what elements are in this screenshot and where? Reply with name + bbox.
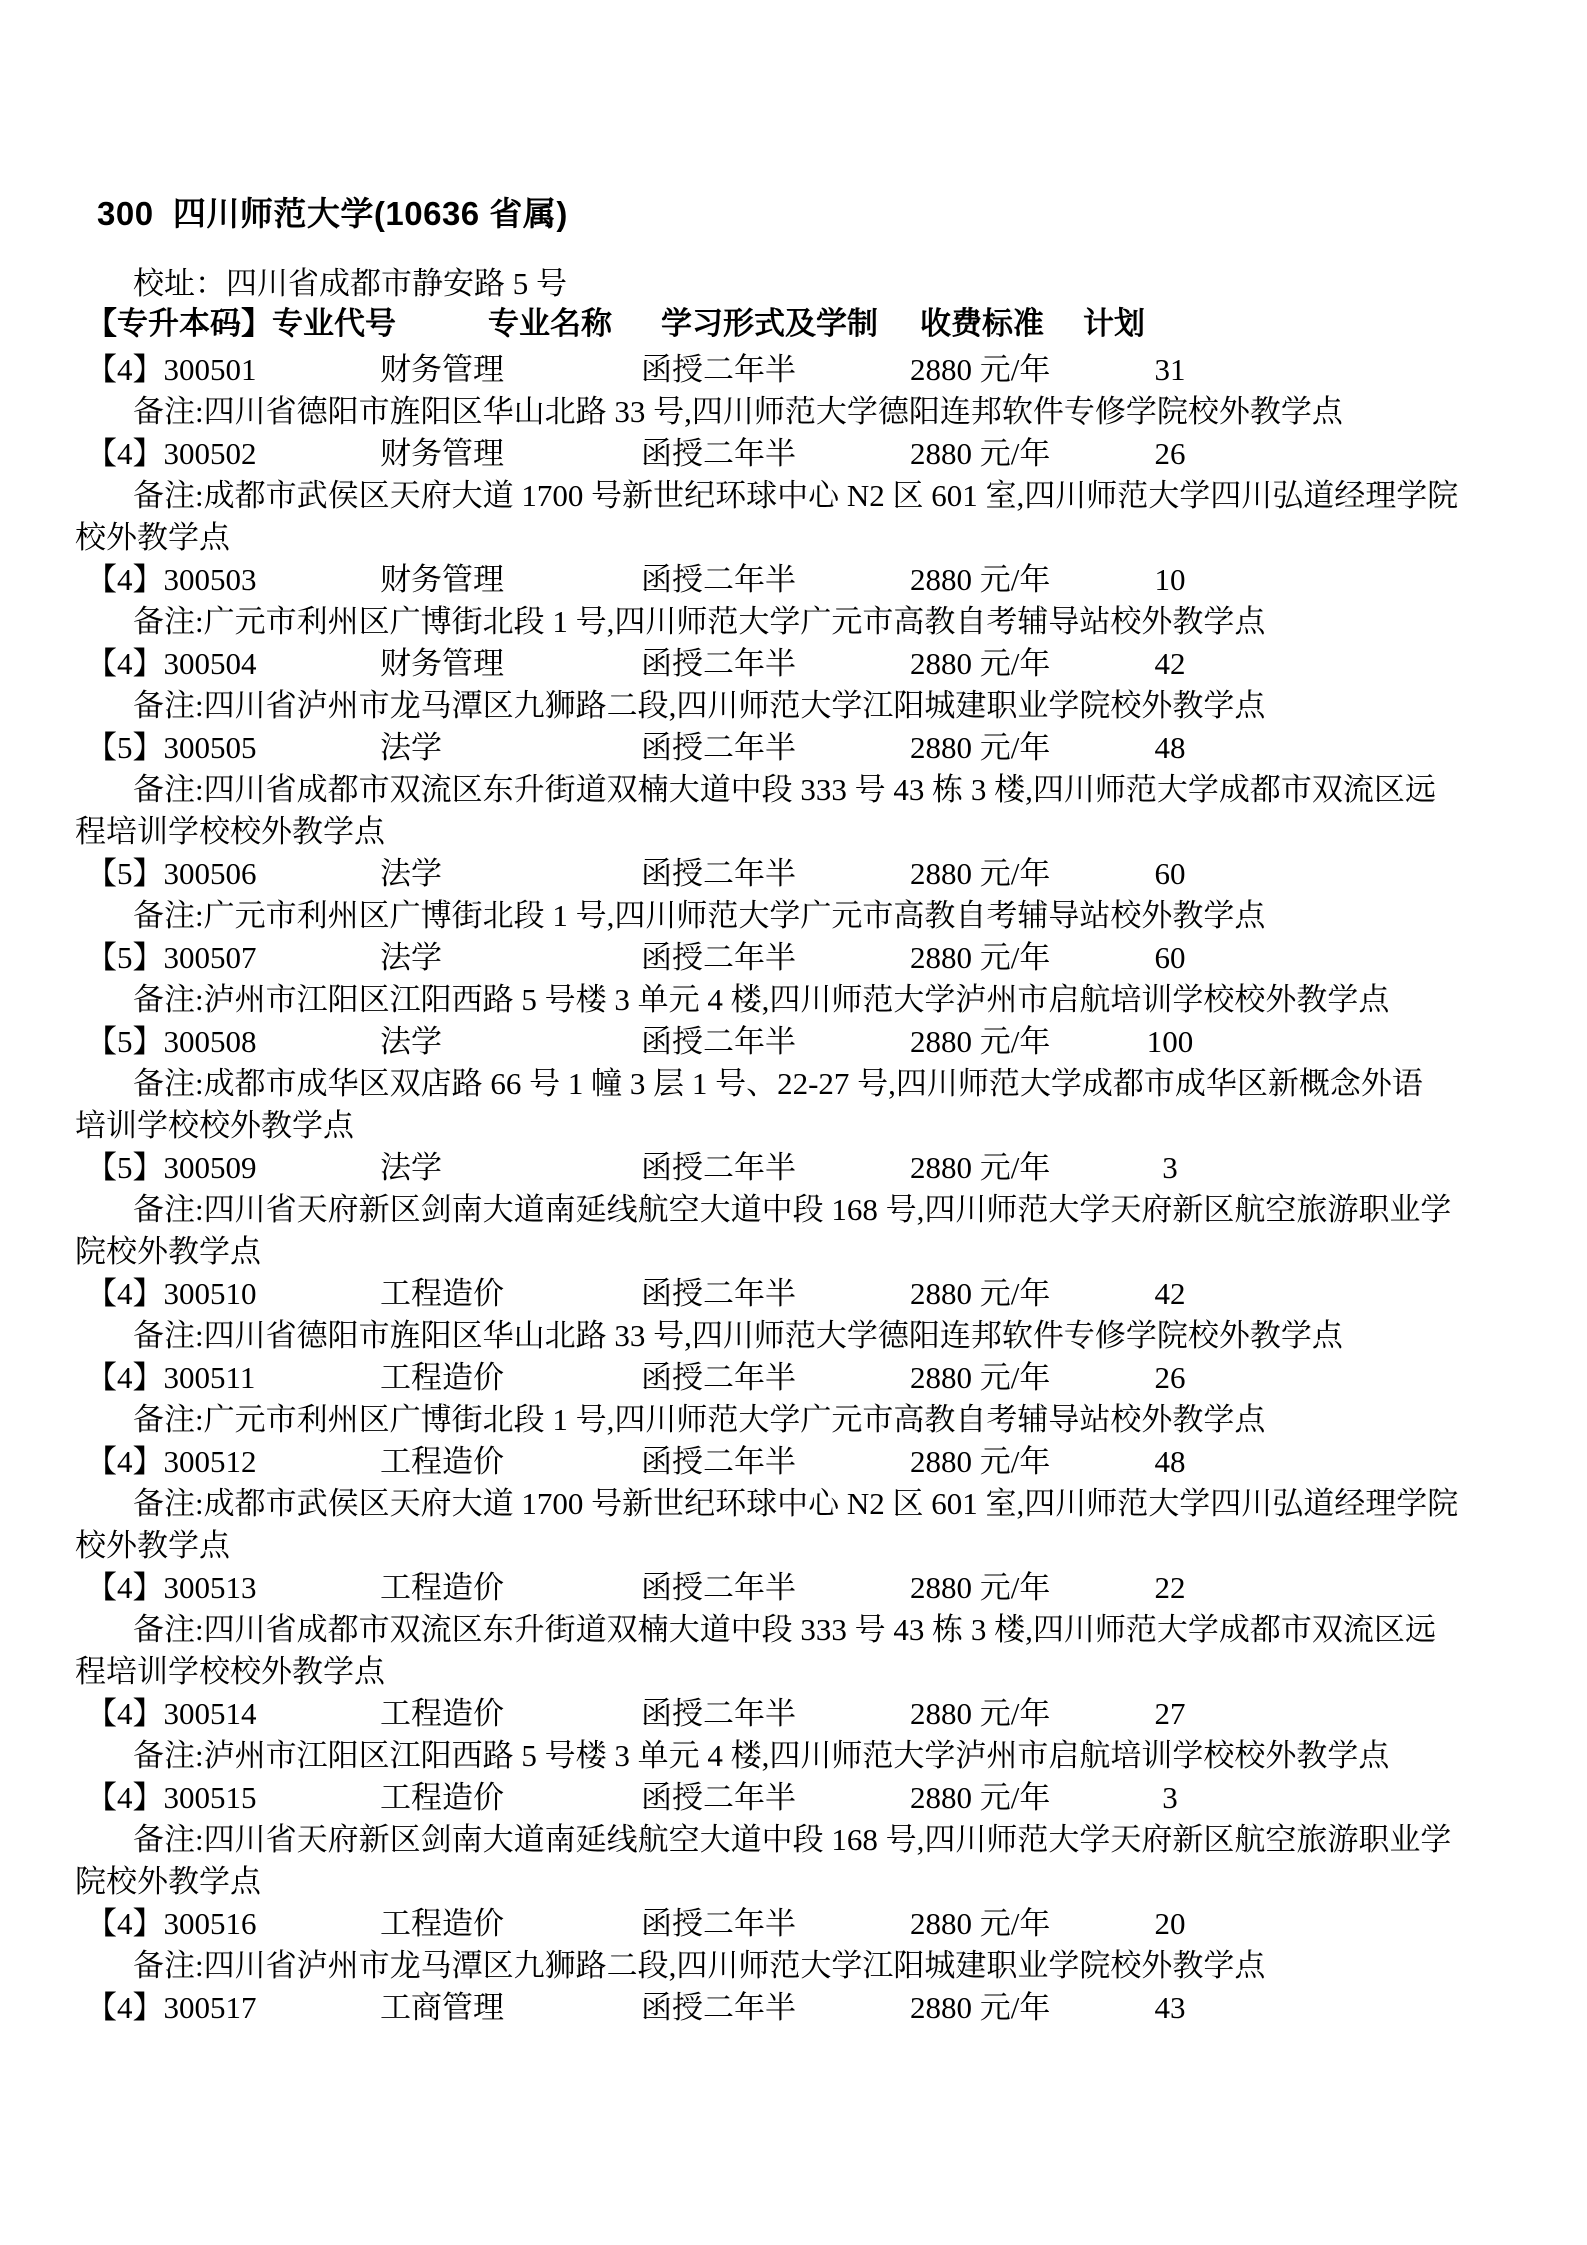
program-row: 【4】300510 工程造价 函授二年半 2880 元/年 42 xyxy=(0,1273,1587,1315)
program-study-form: 函授二年半 xyxy=(641,1441,796,1483)
program-study-form: 函授二年半 xyxy=(641,1273,796,1315)
program-code: 【4】300502 xyxy=(86,433,257,475)
program-code: 【4】300503 xyxy=(86,559,257,601)
program-remark: 备注:四川省德阳市旌阳区华山北路 33 号,四川师范大学德阳连邦软件专修学院校外… xyxy=(0,391,1587,433)
program-plan-count: 42 xyxy=(1125,643,1215,685)
program-list: 【4】300501 财务管理 函授二年半 2880 元/年 31 备注:四川省德… xyxy=(0,349,1587,2029)
program-major: 财务管理 xyxy=(380,433,504,475)
program-remark: 备注:四川省天府新区剑南大道南延线航空大道中段 168 号,四川师范大学天府新区… xyxy=(0,1819,1587,1903)
program-code: 【4】300515 xyxy=(86,1777,257,1819)
program-remark: 备注:四川省成都市双流区东升街道双楠大道中段 333 号 43 栋 3 楼,四川… xyxy=(0,1609,1587,1693)
program-entry: 【5】300505 法学 函授二年半 2880 元/年 48 备注:四川省成都市… xyxy=(0,727,1587,853)
program-study-form: 函授二年半 xyxy=(641,1903,796,1945)
program-study-form: 函授二年半 xyxy=(641,1357,796,1399)
program-study-form: 函授二年半 xyxy=(641,727,796,769)
program-code: 【5】300507 xyxy=(86,937,257,979)
program-study-form: 函授二年半 xyxy=(641,1693,796,1735)
program-entry: 【4】300504 财务管理 函授二年半 2880 元/年 42 备注:四川省泸… xyxy=(0,643,1587,727)
program-plan-count: 43 xyxy=(1125,1987,1215,2029)
program-plan-count: 48 xyxy=(1125,1441,1215,1483)
program-entry: 【4】300510 工程造价 函授二年半 2880 元/年 42 备注:四川省德… xyxy=(0,1273,1587,1357)
program-code: 【5】300506 xyxy=(86,853,257,895)
program-major: 法学 xyxy=(380,1147,442,1189)
program-row: 【4】300511 工程造价 函授二年半 2880 元/年 26 xyxy=(0,1357,1587,1399)
program-fee: 2880 元/年 xyxy=(910,349,1050,391)
program-code: 【4】300513 xyxy=(86,1567,257,1609)
program-plan-count: 100 xyxy=(1125,1021,1215,1063)
program-major: 法学 xyxy=(380,727,442,769)
program-fee: 2880 元/年 xyxy=(910,937,1050,979)
header-plan-label: 计划 xyxy=(1083,303,1145,345)
program-study-form: 函授二年半 xyxy=(641,1987,796,2029)
program-fee: 2880 元/年 xyxy=(910,1693,1050,1735)
program-study-form: 函授二年半 xyxy=(641,1567,796,1609)
program-entry: 【5】300509 法学 函授二年半 2880 元/年 3 备注:四川省天府新区… xyxy=(0,1147,1587,1273)
program-row: 【4】300501 财务管理 函授二年半 2880 元/年 31 xyxy=(0,349,1587,391)
school-address: 校址：四川省成都市静安路 5 号 xyxy=(133,263,567,305)
program-code: 【4】300512 xyxy=(86,1441,257,1483)
program-entry: 【4】300516 工程造价 函授二年半 2880 元/年 20 备注:四川省泸… xyxy=(0,1903,1587,1987)
program-study-form: 函授二年半 xyxy=(641,349,796,391)
program-major: 工程造价 xyxy=(380,1567,504,1609)
program-fee: 2880 元/年 xyxy=(910,643,1050,685)
program-entry: 【4】300515 工程造价 函授二年半 2880 元/年 3 备注:四川省天府… xyxy=(0,1777,1587,1903)
program-entry: 【4】300502 财务管理 函授二年半 2880 元/年 26 备注:成都市武… xyxy=(0,433,1587,559)
program-plan-count: 20 xyxy=(1125,1903,1215,1945)
program-study-form: 函授二年半 xyxy=(641,643,796,685)
program-entry: 【4】300517 工商管理 函授二年半 2880 元/年 43 xyxy=(0,1987,1587,2029)
program-fee: 2880 元/年 xyxy=(910,853,1050,895)
program-entry: 【4】300512 工程造价 函授二年半 2880 元/年 48 备注:成都市武… xyxy=(0,1441,1587,1567)
program-code: 【4】300511 xyxy=(86,1357,255,1399)
program-plan-count: 60 xyxy=(1125,937,1215,979)
table-header: 【专升本码】专业代号 专业名称 学习形式及学制 收费标准 计划 xyxy=(0,303,1587,345)
program-fee: 2880 元/年 xyxy=(910,1357,1050,1399)
program-major: 法学 xyxy=(380,937,442,979)
program-row: 【5】300506 法学 函授二年半 2880 元/年 60 xyxy=(0,853,1587,895)
program-plan-count: 60 xyxy=(1125,853,1215,895)
program-fee: 2880 元/年 xyxy=(910,1777,1050,1819)
program-major: 法学 xyxy=(380,1021,442,1063)
program-fee: 2880 元/年 xyxy=(910,1903,1050,1945)
program-major: 财务管理 xyxy=(380,349,504,391)
program-row: 【4】300515 工程造价 函授二年半 2880 元/年 3 xyxy=(0,1777,1587,1819)
program-entry: 【4】300514 工程造价 函授二年半 2880 元/年 27 备注:泸州市江… xyxy=(0,1693,1587,1777)
program-code: 【4】300501 xyxy=(86,349,257,391)
program-study-form: 函授二年半 xyxy=(641,937,796,979)
program-remark: 备注:四川省天府新区剑南大道南延线航空大道中段 168 号,四川师范大学天府新区… xyxy=(0,1189,1587,1273)
program-row: 【4】300502 财务管理 函授二年半 2880 元/年 26 xyxy=(0,433,1587,475)
program-entry: 【4】300501 财务管理 函授二年半 2880 元/年 31 备注:四川省德… xyxy=(0,349,1587,433)
program-row: 【4】300512 工程造价 函授二年半 2880 元/年 48 xyxy=(0,1441,1587,1483)
program-fee: 2880 元/年 xyxy=(910,1567,1050,1609)
program-row: 【5】300508 法学 函授二年半 2880 元/年 100 xyxy=(0,1021,1587,1063)
program-code: 【4】300517 xyxy=(86,1987,257,2029)
program-code: 【5】300505 xyxy=(86,727,257,769)
program-row: 【4】300514 工程造价 函授二年半 2880 元/年 27 xyxy=(0,1693,1587,1735)
program-major: 工程造价 xyxy=(380,1441,504,1483)
program-plan-count: 3 xyxy=(1125,1147,1215,1189)
program-major: 法学 xyxy=(380,853,442,895)
program-major: 财务管理 xyxy=(380,643,504,685)
program-entry: 【5】300508 法学 函授二年半 2880 元/年 100 备注:成都市成华… xyxy=(0,1021,1587,1147)
program-code: 【4】300504 xyxy=(86,643,257,685)
program-study-form: 函授二年半 xyxy=(641,1147,796,1189)
header-fee-label: 收费标准 xyxy=(920,303,1044,345)
program-fee: 2880 元/年 xyxy=(910,1021,1050,1063)
program-major: 工程造价 xyxy=(380,1357,504,1399)
program-code: 【5】300508 xyxy=(86,1021,257,1063)
program-entry: 【4】300511 工程造价 函授二年半 2880 元/年 26 备注:广元市利… xyxy=(0,1357,1587,1441)
program-major: 财务管理 xyxy=(380,559,504,601)
program-fee: 2880 元/年 xyxy=(910,433,1050,475)
header-major-label: 专业名称 xyxy=(488,303,612,345)
program-row: 【5】300509 法学 函授二年半 2880 元/年 3 xyxy=(0,1147,1587,1189)
program-fee: 2880 元/年 xyxy=(910,1273,1050,1315)
program-plan-count: 42 xyxy=(1125,1273,1215,1315)
program-major: 工程造价 xyxy=(380,1273,504,1315)
program-remark: 备注:四川省泸州市龙马潭区九狮路二段,四川师范大学江阳城建职业学院校外教学点 xyxy=(0,1945,1587,1987)
program-code: 【4】300514 xyxy=(86,1693,257,1735)
page-title: 300 四川师范大学(10636 省属) xyxy=(97,193,568,235)
program-remark: 备注:泸州市江阳区江阳西路 5 号楼 3 单元 4 楼,四川师范大学泸州市启航培… xyxy=(0,979,1587,1021)
program-code: 【4】300510 xyxy=(86,1273,257,1315)
header-code-label: 【专升本码】专业代号 xyxy=(86,303,396,345)
program-row: 【5】300507 法学 函授二年半 2880 元/年 60 xyxy=(0,937,1587,979)
program-code: 【4】300516 xyxy=(86,1903,257,1945)
program-remark: 备注:广元市利州区广博街北段 1 号,四川师范大学广元市高教自考辅导站校外教学点 xyxy=(0,601,1587,643)
program-remark: 备注:泸州市江阳区江阳西路 5 号楼 3 单元 4 楼,四川师范大学泸州市启航培… xyxy=(0,1735,1587,1777)
program-fee: 2880 元/年 xyxy=(910,1987,1050,2029)
program-fee: 2880 元/年 xyxy=(910,727,1050,769)
program-study-form: 函授二年半 xyxy=(641,853,796,895)
program-remark: 备注:四川省成都市双流区东升街道双楠大道中段 333 号 43 栋 3 楼,四川… xyxy=(0,769,1587,853)
program-study-form: 函授二年半 xyxy=(641,433,796,475)
program-entry: 【5】300507 法学 函授二年半 2880 元/年 60 备注:泸州市江阳区… xyxy=(0,937,1587,1021)
program-study-form: 函授二年半 xyxy=(641,1777,796,1819)
program-fee: 2880 元/年 xyxy=(910,1147,1050,1189)
program-remark: 备注:四川省德阳市旌阳区华山北路 33 号,四川师范大学德阳连邦软件专修学院校外… xyxy=(0,1315,1587,1357)
program-major: 工商管理 xyxy=(380,1987,504,2029)
program-remark: 备注:广元市利州区广博街北段 1 号,四川师范大学广元市高教自考辅导站校外教学点 xyxy=(0,1399,1587,1441)
program-study-form: 函授二年半 xyxy=(641,559,796,601)
program-row: 【4】300517 工商管理 函授二年半 2880 元/年 43 xyxy=(0,1987,1587,2029)
program-plan-count: 26 xyxy=(1125,1357,1215,1399)
program-plan-count: 10 xyxy=(1125,559,1215,601)
program-row: 【4】300503 财务管理 函授二年半 2880 元/年 10 xyxy=(0,559,1587,601)
program-plan-count: 26 xyxy=(1125,433,1215,475)
program-entry: 【5】300506 法学 函授二年半 2880 元/年 60 备注:广元市利州区… xyxy=(0,853,1587,937)
program-entry: 【4】300503 财务管理 函授二年半 2880 元/年 10 备注:广元市利… xyxy=(0,559,1587,643)
program-row: 【4】300504 财务管理 函授二年半 2880 元/年 42 xyxy=(0,643,1587,685)
admission-plan-page: 300 四川师范大学(10636 省属) 校址：四川省成都市静安路 5 号 【专… xyxy=(0,0,1587,2245)
program-plan-count: 27 xyxy=(1125,1693,1215,1735)
program-major: 工程造价 xyxy=(380,1903,504,1945)
program-plan-count: 22 xyxy=(1125,1567,1215,1609)
program-remark: 备注:成都市成华区双店路 66 号 1 幢 3 层 1 号、22-27 号,四川… xyxy=(0,1063,1587,1147)
program-entry: 【4】300513 工程造价 函授二年半 2880 元/年 22 备注:四川省成… xyxy=(0,1567,1587,1693)
program-remark: 备注:成都市武侯区天府大道 1700 号新世纪环球中心 N2 区 601 室,四… xyxy=(0,1483,1587,1567)
program-plan-count: 31 xyxy=(1125,349,1215,391)
program-code: 【5】300509 xyxy=(86,1147,257,1189)
program-fee: 2880 元/年 xyxy=(910,1441,1050,1483)
program-row: 【4】300513 工程造价 函授二年半 2880 元/年 22 xyxy=(0,1567,1587,1609)
program-remark: 备注:广元市利州区广博街北段 1 号,四川师范大学广元市高教自考辅导站校外教学点 xyxy=(0,895,1587,937)
program-major: 工程造价 xyxy=(380,1777,504,1819)
program-row: 【5】300505 法学 函授二年半 2880 元/年 48 xyxy=(0,727,1587,769)
program-study-form: 函授二年半 xyxy=(641,1021,796,1063)
program-row: 【4】300516 工程造价 函授二年半 2880 元/年 20 xyxy=(0,1903,1587,1945)
program-major: 工程造价 xyxy=(380,1693,504,1735)
program-plan-count: 3 xyxy=(1125,1777,1215,1819)
program-plan-count: 48 xyxy=(1125,727,1215,769)
program-fee: 2880 元/年 xyxy=(910,559,1050,601)
program-remark: 备注:四川省泸州市龙马潭区九狮路二段,四川师范大学江阳城建职业学院校外教学点 xyxy=(0,685,1587,727)
header-form-label: 学习形式及学制 xyxy=(661,303,878,345)
program-remark: 备注:成都市武侯区天府大道 1700 号新世纪环球中心 N2 区 601 室,四… xyxy=(0,475,1587,559)
